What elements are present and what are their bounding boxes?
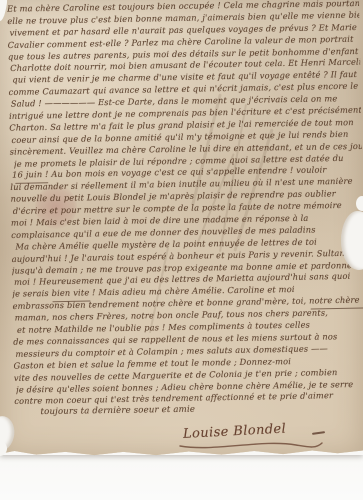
signature-flourish [176,436,326,454]
paper-tear-right-small [356,196,363,211]
handwriting-block: Et ma chère Caroline est toujours bien o… [7,0,363,446]
letter-scan-page: Et ma chère Caroline est toujours bien o… [0,0,363,500]
letter-paper: Et ma chère Caroline est toujours bien o… [0,0,363,456]
